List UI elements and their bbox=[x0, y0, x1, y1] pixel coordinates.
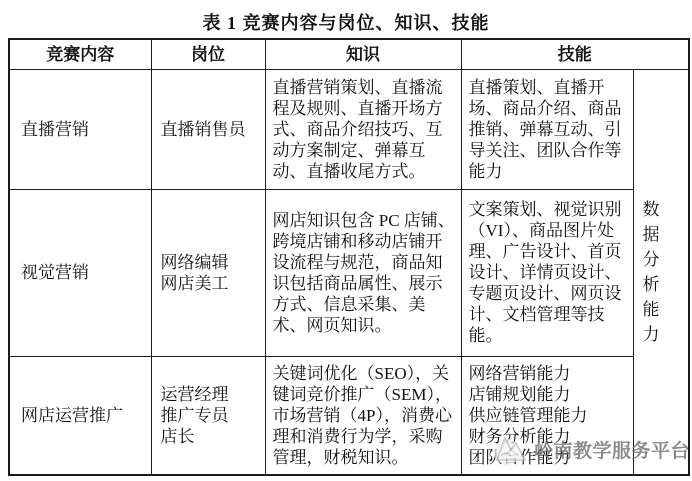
cell-knowledge: 直播营销策划、直播流程及规则、直播开场方式、商品介绍技巧、互动方案制定、弹幕互动… bbox=[265, 69, 461, 189]
document-page: 表 1 竞赛内容与岗位、知识、技能 竞赛内容 岗位 知识 技能 直播营销 直播销… bbox=[0, 0, 692, 481]
merged-skill-text: 数据分析能力 bbox=[642, 197, 679, 347]
cell-skills: 文案策划、视觉识别（VI）、商品图片处理、广告设计、首页设计、详情页设计、专题页… bbox=[461, 189, 633, 356]
cell-position: 运营经理 推广专员 店长 bbox=[151, 356, 265, 475]
cell-position: 网络编辑 网店美工 bbox=[151, 189, 265, 356]
cell-knowledge: 网店知识包含 PC 店铺、跨境店铺和移动店铺开设流程与规范，商品知识包括商品属性… bbox=[265, 189, 461, 356]
header-competition-content: 竞赛内容 bbox=[9, 39, 151, 69]
cell-position: 直播销售员 bbox=[151, 69, 265, 189]
cell-competition-content: 直播营销 bbox=[9, 69, 151, 189]
header-position: 岗位 bbox=[151, 39, 265, 69]
cell-knowledge: 关键词优化（SEO），关键词竞价推广（SEM），市场营销（4P），消费心理和消费… bbox=[265, 356, 461, 475]
cell-merged-data-analysis: 数据分析能力 bbox=[633, 69, 689, 475]
cell-skills: 直播策划、直播开场、商品介绍、商品推销、弹幕互动、引导关注、团队合作等能力 bbox=[461, 69, 633, 189]
cell-skills: 网络营销能力 店铺规划能力 供应链管理能力 财务分析能力 团队合作能力 bbox=[461, 356, 633, 475]
cell-competition-content: 网店运营推广 bbox=[9, 356, 151, 475]
header-skills: 技能 bbox=[461, 39, 689, 69]
header-row: 竞赛内容 岗位 知识 技能 bbox=[9, 39, 689, 69]
competition-table: 竞赛内容 岗位 知识 技能 直播营销 直播销售员 直播营销策划、直播流程及规则、… bbox=[8, 38, 690, 476]
table-row-visual-marketing: 视觉营销 网络编辑 网店美工 网店知识包含 PC 店铺、跨境店铺和移动店铺开设流… bbox=[9, 189, 689, 356]
table-row-store-operation: 网店运营推广 运营经理 推广专员 店长 关键词优化（SEO），关键词竞价推广（S… bbox=[9, 356, 689, 475]
table-title: 表 1 竞赛内容与岗位、知识、技能 bbox=[0, 9, 692, 35]
table-row-live-marketing: 直播营销 直播销售员 直播营销策划、直播流程及规则、直播开场方式、商品介绍技巧、… bbox=[9, 69, 689, 189]
cell-competition-content: 视觉营销 bbox=[9, 189, 151, 356]
header-knowledge: 知识 bbox=[265, 39, 461, 69]
